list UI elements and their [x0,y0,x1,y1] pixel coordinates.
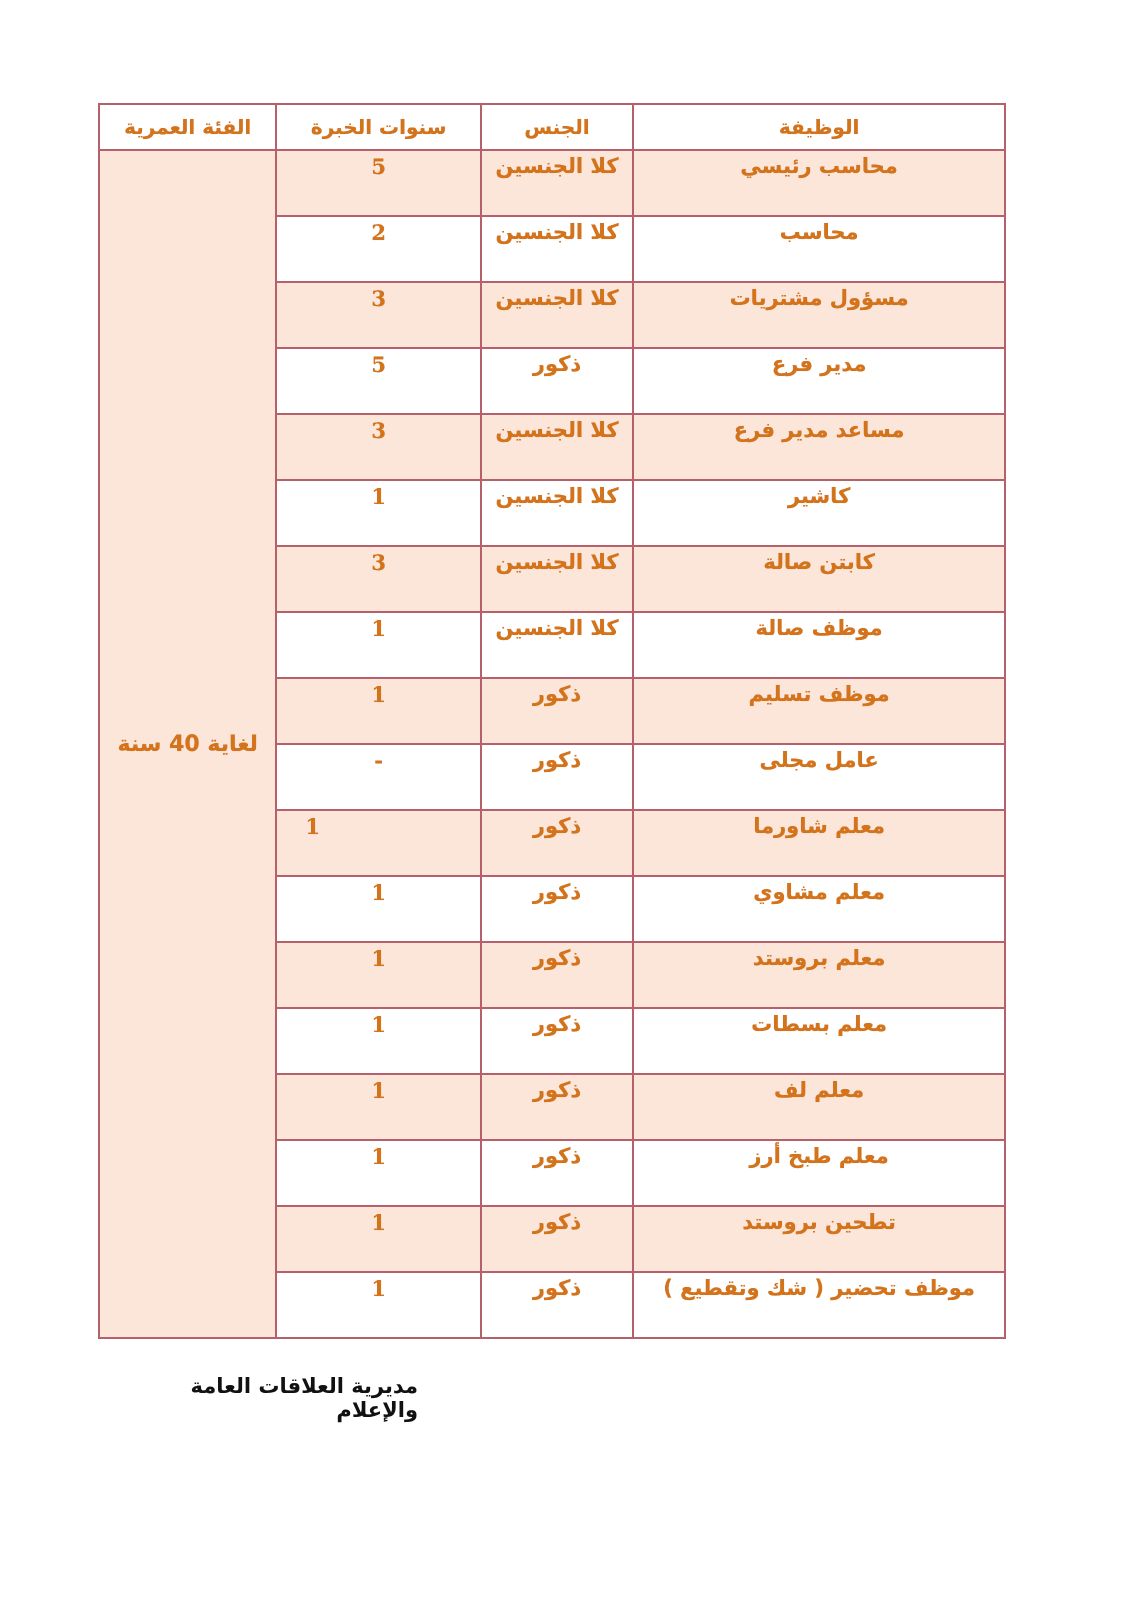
gender-cell: كلا الجنسين [481,612,633,678]
job-openings-table: الوظيفة الجنس سنوات الخبرة الفئة العمرية… [98,103,1006,1339]
job-cell: مساعد مدير فرع [633,414,1005,480]
gender-cell: ذكور [481,1272,633,1338]
experience-cell: - [276,744,480,810]
gender-cell: ذكور [481,810,633,876]
experience-cell: 1 [276,1008,480,1074]
experience-cell: 1 [276,810,480,876]
header-age-group: الفئة العمرية [99,104,276,150]
experience-cell: 1 [276,612,480,678]
gender-cell: ذكور [481,876,633,942]
experience-cell: 1 [276,480,480,546]
age-group-cell: لغاية 40 سنة [99,150,276,1338]
job-cell: موظف تسليم [633,678,1005,744]
gender-cell: كلا الجنسين [481,150,633,216]
table-row: محاسب رئيسي كلا الجنسين 5 لغاية 40 سنة [99,150,1005,216]
job-cell: موظف تحضير ( شك وتقطيع ) [633,1272,1005,1338]
gender-cell: ذكور [481,1008,633,1074]
experience-cell: 1 [276,876,480,942]
gender-cell: كلا الجنسين [481,414,633,480]
experience-cell: 2 [276,216,480,282]
job-cell: عامل مجلى [633,744,1005,810]
gender-cell: كلا الجنسين [481,546,633,612]
job-cell: محاسب [633,216,1005,282]
gender-cell: ذكور [481,678,633,744]
job-cell: معلم لف [633,1074,1005,1140]
header-experience: سنوات الخبرة [276,104,480,150]
department-signature: مديرية العلاقات العامة والإعلام [118,1374,418,1422]
experience-cell: 5 [276,348,480,414]
gender-cell: ذكور [481,1140,633,1206]
experience-cell: 1 [276,942,480,1008]
job-cell: معلم شاورما [633,810,1005,876]
job-cell: معلم بروستد [633,942,1005,1008]
gender-cell: ذكور [481,348,633,414]
gender-cell: ذكور [481,942,633,1008]
gender-cell: كلا الجنسين [481,282,633,348]
experience-cell: 1 [276,1272,480,1338]
experience-cell: 1 [276,1140,480,1206]
experience-cell: 3 [276,414,480,480]
job-cell: معلم طبخ أرز [633,1140,1005,1206]
job-cell: معلم بسطات [633,1008,1005,1074]
experience-cell: 1 [276,1206,480,1272]
gender-cell: كلا الجنسين [481,480,633,546]
gender-cell: كلا الجنسين [481,216,633,282]
job-cell: محاسب رئيسي [633,150,1005,216]
experience-cell: 3 [276,282,480,348]
job-cell: مسؤول مشتريات [633,282,1005,348]
job-cell: كاشير [633,480,1005,546]
job-cell: تطحين بروستد [633,1206,1005,1272]
table-header-row: الوظيفة الجنس سنوات الخبرة الفئة العمرية [99,104,1005,150]
header-gender: الجنس [481,104,633,150]
experience-cell: 1 [276,678,480,744]
experience-cell: 3 [276,546,480,612]
experience-cell: 5 [276,150,480,216]
job-cell: معلم مشاوي [633,876,1005,942]
gender-cell: ذكور [481,1074,633,1140]
gender-cell: ذكور [481,744,633,810]
job-cell: موظف صالة [633,612,1005,678]
header-job: الوظيفة [633,104,1005,150]
job-cell: مدير فرع [633,348,1005,414]
experience-cell: 1 [276,1074,480,1140]
gender-cell: ذكور [481,1206,633,1272]
job-cell: كابتن صالة [633,546,1005,612]
